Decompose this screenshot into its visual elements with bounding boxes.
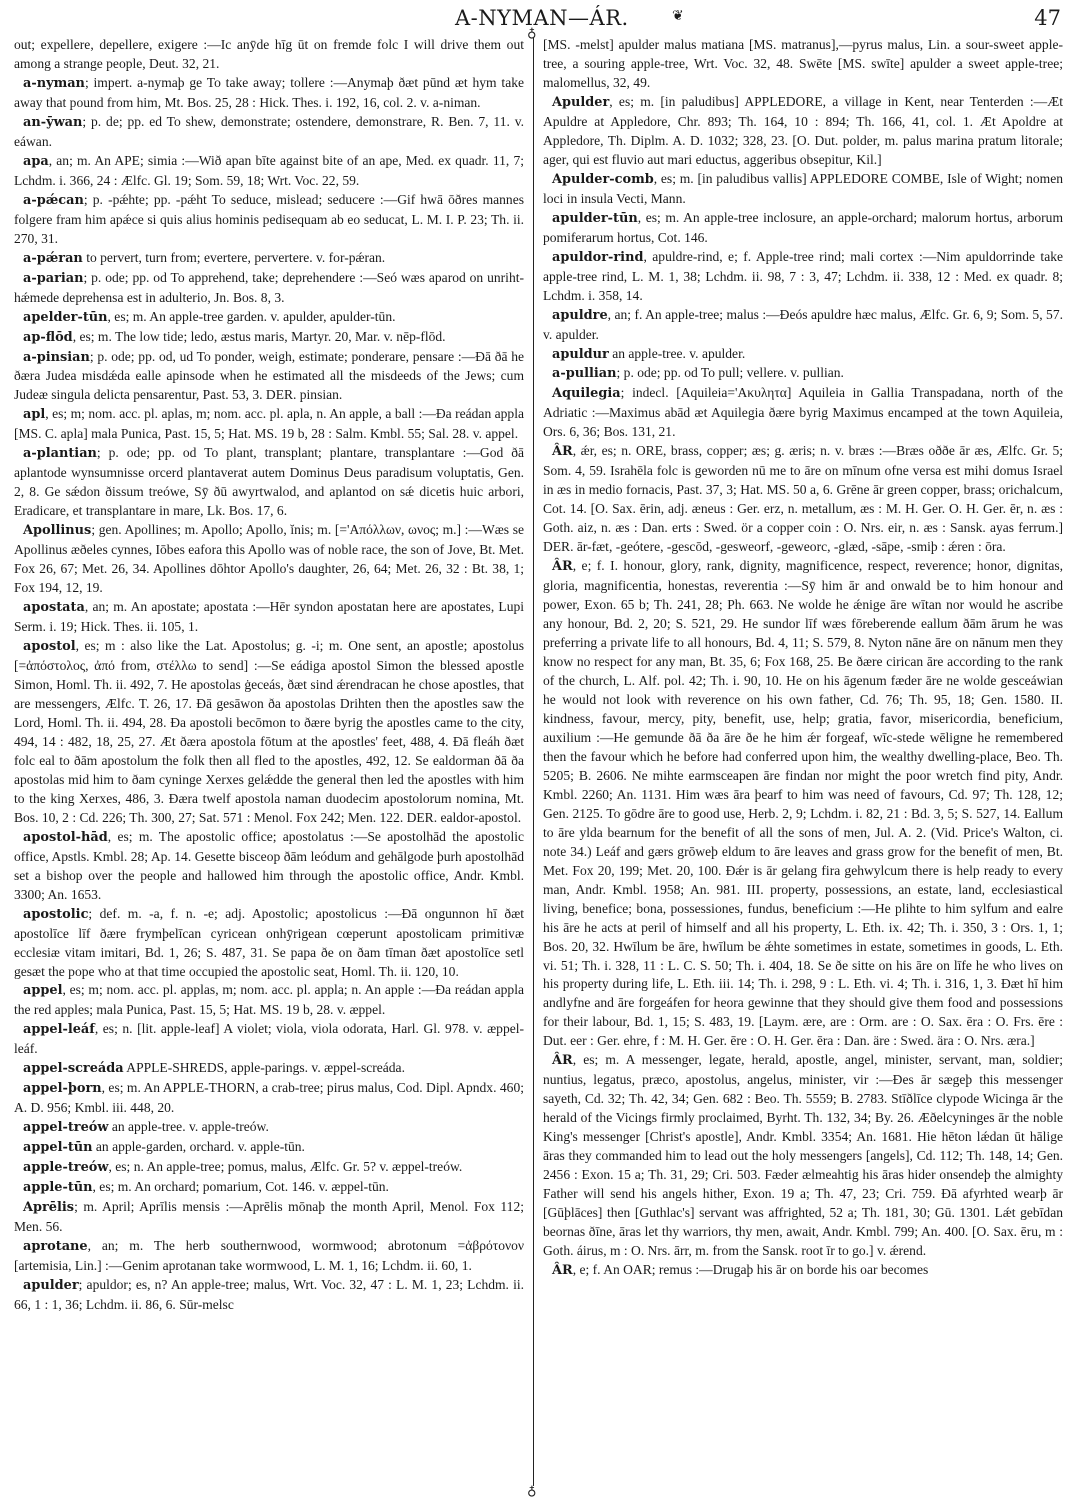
dictionary-page: A-NYMAN—ÁR. ❦ 47 ♁ ♁ out; expellere, dep…: [0, 0, 1073, 1500]
dictionary-entry: a-pullian; p. ode; pp. od To pull; velle…: [543, 364, 1063, 384]
entry-definition: , es; n. An apple-tree; pomus, malus, Æl…: [108, 1159, 462, 1174]
entry-definition: ; p. ode; pp. od To pull; vellere. v. pu…: [617, 365, 844, 380]
dictionary-entry: a-pǽran to pervert, turn from; evertere,…: [14, 249, 524, 269]
column-divider: [533, 38, 534, 1486]
entry-headword: ÂR: [552, 559, 573, 574]
entry-headword: an-ȳwan: [23, 115, 82, 130]
dictionary-entry: appel-þorn, es; m. An APPLE-THORN, a cra…: [14, 1079, 524, 1118]
entry-definition: ; gen. Apollines; m. Apollo; Apollo, ĭni…: [14, 522, 524, 595]
entry-definition: , es; m. [in paludibus] APPLEDORE, a vil…: [543, 94, 1063, 167]
entry-headword: a-pǽran: [23, 251, 83, 266]
dictionary-entry: apostol, es; m : also like the Lat. Apos…: [14, 637, 524, 828]
entry-headword: ap-flōd: [23, 330, 73, 345]
entry-headword: Aquilegia: [552, 386, 621, 401]
dictionary-entry: a-parian; p. ode; pp. od To apprehend, t…: [14, 269, 524, 308]
entry-definition: ; p. -pǽhte; pp. -pǽht To seduce, mislea…: [14, 192, 524, 246]
page-number: 47: [1034, 6, 1061, 30]
fleuron-ornament-icon: ❦: [672, 8, 684, 25]
dictionary-entry: out; expellere, depellere, exigere :—Ic …: [14, 36, 524, 74]
entry-definition: , es; m. A messenger, legate, herald, ap…: [543, 1052, 1063, 1258]
dictionary-entry: a-pǽcan; p. -pǽhte; pp. -pǽht To seduce,…: [14, 191, 524, 249]
entry-headword: apelder-tūn: [23, 310, 108, 325]
entry-definition: ; def. m. -a, f. n. -e; adj. Apostolic; …: [14, 906, 524, 979]
entry-definition: out; expellere, depellere, exigere :—Ic …: [14, 37, 524, 71]
entry-definition: , e; f. I. honour, glory, rank, dignity,…: [543, 558, 1063, 1048]
entry-definition: ; p. de; pp. ed To shew, demonstrate; os…: [14, 114, 524, 149]
entry-definition: [MS. -melst] apulder malus matiana [MS. …: [543, 37, 1063, 90]
entry-definition: an apple-tree. v. apulder.: [609, 346, 745, 361]
entry-definition: an apple-garden, orchard. v. apple-tūn.: [93, 1139, 305, 1154]
dictionary-entry: apuldor-rind, apuldre-rind, e; f. Apple-…: [543, 248, 1063, 306]
entry-definition: , es; m; nom. acc. pl. aplas, m; nom. ac…: [14, 406, 524, 441]
dictionary-entry: appel-tūn an apple-garden, orchard. v. a…: [14, 1138, 524, 1158]
entry-definition: , es; m : also like the Lat. Apostolus; …: [14, 638, 524, 825]
left-column: out; expellere, depellere, exigere :—Ic …: [14, 36, 524, 1315]
dictionary-entry: a-pinsian; p. ode; pp. od, ud To ponder,…: [14, 348, 524, 406]
entry-headword: a-pinsian: [23, 350, 90, 365]
dictionary-entry: appel-screáda APPLE-SHREDS, apple-paring…: [14, 1059, 524, 1079]
entry-headword: Apulder-comb: [552, 172, 654, 187]
entry-definition: ; apuldor; es, n? An apple-tree; malus, …: [14, 1277, 524, 1312]
entry-headword: apl: [23, 407, 45, 422]
dictionary-entry: appel-leáf, es; n. [lit. apple-leaf] A v…: [14, 1020, 524, 1059]
divider-bottom-ornament-icon: ♁: [527, 1484, 537, 1497]
entry-definition: , an; m. An APE; simia :—Wið apan bīte a…: [14, 153, 524, 188]
entry-definition: ; indecl. [Aquileia='Ακυλητα] Aquileia i…: [543, 385, 1063, 439]
entry-headword: appel-treów: [23, 1120, 108, 1135]
dictionary-entry: appel-treów an apple-tree. v. apple-treó…: [14, 1118, 524, 1138]
entry-headword: apulder-tūn: [552, 211, 638, 226]
entry-headword: a-nyman: [23, 76, 85, 91]
entry-headword: apple-tūn: [23, 1180, 93, 1195]
dictionary-entry: Aquilegia; indecl. [Aquileia='Ακυλητα] A…: [543, 384, 1063, 442]
entry-headword: Aprēlis: [23, 1200, 74, 1215]
dictionary-entry: Aprēlis; m. April; Aprīlis mensis :—Aprē…: [14, 1198, 524, 1237]
dictionary-entry: apuldur an apple-tree. v. apulder.: [543, 345, 1063, 365]
entry-headword: appel-leáf: [23, 1022, 95, 1037]
entry-headword: a-parian: [23, 271, 83, 286]
dictionary-entry: Apollinus; gen. Apollines; m. Apollo; Ap…: [14, 521, 524, 598]
dictionary-entry: apple-tūn, es; m. An orchard; pomarium, …: [14, 1178, 524, 1198]
entry-headword: apostata: [23, 600, 85, 615]
entry-definition: , an; m. An apostate; apostata :—Hēr syn…: [14, 599, 524, 634]
running-title: A-NYMAN—ÁR.: [455, 6, 629, 30]
entry-headword: apostol-hād: [23, 830, 108, 845]
dictionary-entry: apple-treów, es; n. An apple-tree; pomus…: [14, 1158, 524, 1178]
entry-definition: APPLE-SHREDS, apple-parings. v. æppel-sc…: [124, 1060, 405, 1075]
entry-headword: a-plantian: [23, 446, 97, 461]
dictionary-entry: apl, es; m; nom. acc. pl. aplas, m; nom.…: [14, 405, 524, 444]
dictionary-entry: ap-flōd, es; m. The low tide; ledo, æstu…: [14, 328, 524, 348]
entry-headword: ÂR: [552, 1053, 573, 1068]
entry-headword: Apollinus: [23, 523, 91, 538]
entry-headword: apuldre: [552, 308, 608, 323]
entry-headword: appel-tūn: [23, 1140, 93, 1155]
entry-definition: , es; m. The low tide; ledo, æstus maris…: [73, 329, 446, 344]
entry-headword: apuldur: [552, 347, 609, 362]
entry-headword: a-pǽcan: [23, 193, 84, 208]
entry-definition: ; m. April; Aprīlis mensis :—Aprēlis mōn…: [14, 1199, 524, 1234]
entry-definition: , es; m; nom. acc. pl. applas, m; nom. a…: [14, 982, 524, 1017]
dictionary-entry: apostolic; def. m. -a, f. n. -e; adj. Ap…: [14, 905, 524, 982]
entry-definition: , es; m. An orchard; pomarium, Cot. 146.…: [93, 1179, 389, 1194]
entry-headword: ÂR: [552, 444, 573, 459]
dictionary-entry: ÂR, e; f. An OAR; remus :—Drugaþ his ār …: [543, 1261, 1063, 1281]
dictionary-entry: apostol-hād, es; m. The apostolic office…: [14, 828, 524, 905]
entry-definition: an apple-tree. v. apple-treów.: [108, 1119, 268, 1134]
entry-headword: Apulder: [552, 95, 609, 110]
dictionary-entry: ÂR, es; m. A messenger, legate, herald, …: [543, 1051, 1063, 1261]
dictionary-entry: apa, an; m. An APE; simia :—Wið apan bīt…: [14, 152, 524, 191]
entry-headword: apostolic: [23, 907, 88, 922]
dictionary-entry: apelder-tūn, es; m. An apple-tree garden…: [14, 308, 524, 328]
entry-headword: appel-screáda: [23, 1061, 124, 1076]
entry-headword: apa: [23, 154, 49, 169]
divider-top-ornament-icon: ♁: [527, 26, 537, 39]
dictionary-entry: apulder-tūn, es; m. An apple-tree inclos…: [543, 209, 1063, 248]
entry-definition: to pervert, turn from; evertere, pervert…: [83, 250, 385, 265]
entry-headword: ÂR: [552, 1263, 573, 1278]
dictionary-entry: apostata, an; m. An apostate; apostata :…: [14, 598, 524, 637]
dictionary-entry: a-nyman; impert. a-nymaþ ge To take away…: [14, 74, 524, 113]
dictionary-entry: [MS. -melst] apulder malus matiana [MS. …: [543, 36, 1063, 93]
entry-headword: a-pullian: [552, 366, 617, 381]
entry-headword: apulder: [23, 1278, 79, 1293]
dictionary-entry: Apulder-comb, es; m. [in paludibus valli…: [543, 170, 1063, 209]
entry-definition: ; impert. a-nymaþ ge To take away; tolle…: [14, 75, 524, 110]
dictionary-entry: a-plantian; p. ode; pp. od To plant, tra…: [14, 444, 524, 521]
entry-headword: appel-þorn: [23, 1081, 102, 1096]
entry-definition: , ǽr, es; n. ORE, brass, copper; æs; g. …: [543, 443, 1063, 554]
entry-definition: ; p. ode; pp. od To apprehend, take; dep…: [14, 270, 524, 305]
entry-headword: apuldor-rind: [552, 250, 643, 265]
entry-headword: appel: [23, 983, 62, 998]
dictionary-entry: apuldre, an; f. An apple-tree; malus :—Ð…: [543, 306, 1063, 345]
entry-headword: apostol: [23, 639, 76, 654]
right-column: [MS. -melst] apulder malus matiana [MS. …: [543, 36, 1063, 1281]
dictionary-entry: ÂR, e; f. I. honour, glory, rank, dignit…: [543, 557, 1063, 1051]
entry-definition: , e; f. An OAR; remus :—Drugaþ his ār on…: [573, 1262, 929, 1277]
dictionary-entry: aprotane, an; m. The herb southernwood, …: [14, 1237, 524, 1276]
entry-definition: , es; m. An apple-tree garden. v. apulde…: [108, 309, 396, 324]
dictionary-entry: Apulder, es; m. [in paludibus] APPLEDORE…: [543, 93, 1063, 170]
entry-definition: , an; f. An apple-tree; malus :—Ðeós apu…: [543, 307, 1063, 342]
dictionary-entry: an-ȳwan; p. de; pp. ed To shew, demonstr…: [14, 113, 524, 152]
dictionary-entry: apulder; apuldor; es, n? An apple-tree; …: [14, 1276, 524, 1315]
dictionary-entry: ÂR, ǽr, es; n. ORE, brass, copper; æs; g…: [543, 442, 1063, 557]
entry-definition: , an; m. The herb southernwood, wormwood…: [14, 1238, 524, 1273]
entry-headword: aprotane: [23, 1239, 88, 1254]
entry-definition: ; p. ode; pp. od, ud To ponder, weigh, e…: [14, 349, 524, 403]
entry-headword: apple-treów: [23, 1160, 108, 1175]
dictionary-entry: appel, es; m; nom. acc. pl. applas, m; n…: [14, 981, 524, 1020]
